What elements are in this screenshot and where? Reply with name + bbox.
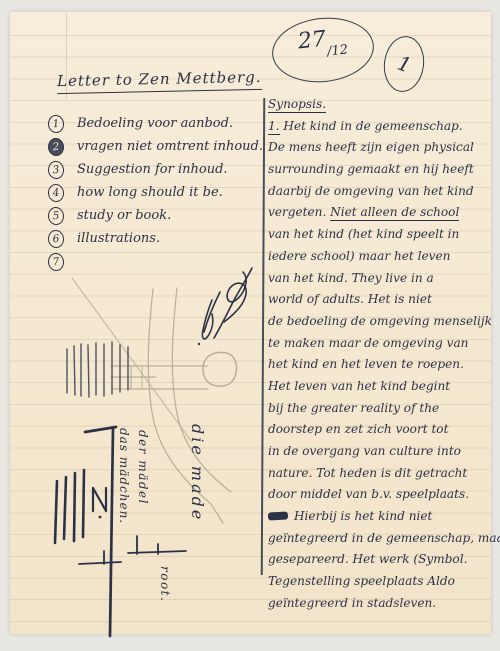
synopsis-line: daarbij de omgeving van het kind <box>268 181 486 203</box>
rotated-word-root: root. <box>158 566 172 602</box>
rotated-word-das-maedchen: das mädchen. <box>117 428 131 524</box>
struck-out-word <box>268 512 288 521</box>
item-text: vragen niet omtrent inhoud. <box>77 139 263 154</box>
synopsis-line: vergeten. Niet alleen de school <box>268 202 486 224</box>
item-text: illustrations. <box>77 231 160 246</box>
synopsis-line: de bedoeling de omgeving menselijk <box>268 311 486 333</box>
item-number-circle: 1 <box>47 114 65 134</box>
page-title: Letter to Zen Mettberg. <box>57 68 262 90</box>
synopsis-line: te maken maar de omgeving van <box>268 333 486 355</box>
item-number-circle: 4 <box>47 183 65 203</box>
item-number-circle: 7 <box>47 252 65 272</box>
list-item: 6 illustrations. <box>48 227 263 250</box>
item-text: Bedoeling voor aanbod. <box>77 116 233 131</box>
page-number: 1 <box>394 51 414 78</box>
item-number-circle: 3 <box>47 160 65 180</box>
synopsis-line: Tegenstelling speelplaats Aldo <box>268 571 486 593</box>
item-text: how long should it be. <box>77 185 223 200</box>
item-text: Suggestion for inhoud. <box>77 162 228 177</box>
synopsis-line: geïntegreerd in de gemeenschap, maar <box>268 528 486 550</box>
list-item: 5 study or book. <box>48 204 263 227</box>
synopsis-line: bij the greater reality of the <box>268 398 486 420</box>
synopsis-line: Het leven van het kind begint <box>268 376 486 398</box>
synopsis-line: van het kind. They live in a <box>268 268 486 290</box>
synopsis-heading: Synopsis. <box>268 94 486 116</box>
item-text: study or book. <box>77 208 171 223</box>
list-item: 7 <box>48 250 263 273</box>
synopsis-column: Synopsis. 1. Het kind in de gemeenschap.… <box>268 94 486 615</box>
synopsis-line: surrounding gemaakt en hij heeft <box>268 159 486 181</box>
item-number-circle: 2 <box>47 137 65 157</box>
synopsis-line: in de overgang van culture into <box>268 441 486 463</box>
synopsis-item-title: 1. Het kind in de gemeenschap. <box>268 116 486 138</box>
list-item: 3 Suggestion for inhoud. <box>48 158 263 181</box>
scanned-notebook-page: { "colors": { "background": "#e9e7e2", "… <box>0 0 500 651</box>
list-item: 4 how long should it be. <box>48 181 263 204</box>
list-item: 1 Bedoeling voor aanbod. <box>48 112 263 135</box>
synopsis-line: nature. Tot heden is dit getracht <box>268 463 486 485</box>
synopsis-line: Hierbij is het kind niet <box>268 506 486 528</box>
rotated-word-die-made: die made <box>188 424 207 522</box>
synopsis-line: gesepareerd. Het werk (Symbol. <box>268 549 486 571</box>
rotated-word-der-maedel: der mädel <box>136 430 150 505</box>
page-title-text: Letter to Zen Mettberg. <box>57 68 262 94</box>
synopsis-line: geïntegreerd in stadsleven. <box>268 593 486 615</box>
synopsis-line: doorstep en zet zich voort tot <box>268 419 486 441</box>
synopsis-line: door middel van b.v. speelplaats. <box>268 484 486 506</box>
synopsis-line: De mens heeft zijn eigen physical <box>268 137 486 159</box>
list-item: 2 vragen niet omtrent inhoud. <box>48 135 263 158</box>
date-day: 27 <box>297 27 327 55</box>
checklist: 1 Bedoeling voor aanbod. 2 vragen niet o… <box>48 112 263 273</box>
item-number-circle: 6 <box>47 229 65 249</box>
item-number-circle: 5 <box>47 206 65 226</box>
date-month: /12 <box>326 42 348 59</box>
synopsis-line: world of adults. Het is niet <box>268 289 486 311</box>
synopsis-line: van het kind (het kind speelt in <box>268 224 486 246</box>
synopsis-line: iedere school) maar het leven <box>268 246 486 268</box>
synopsis-line: het kind en het leven te roepen. <box>268 354 486 376</box>
